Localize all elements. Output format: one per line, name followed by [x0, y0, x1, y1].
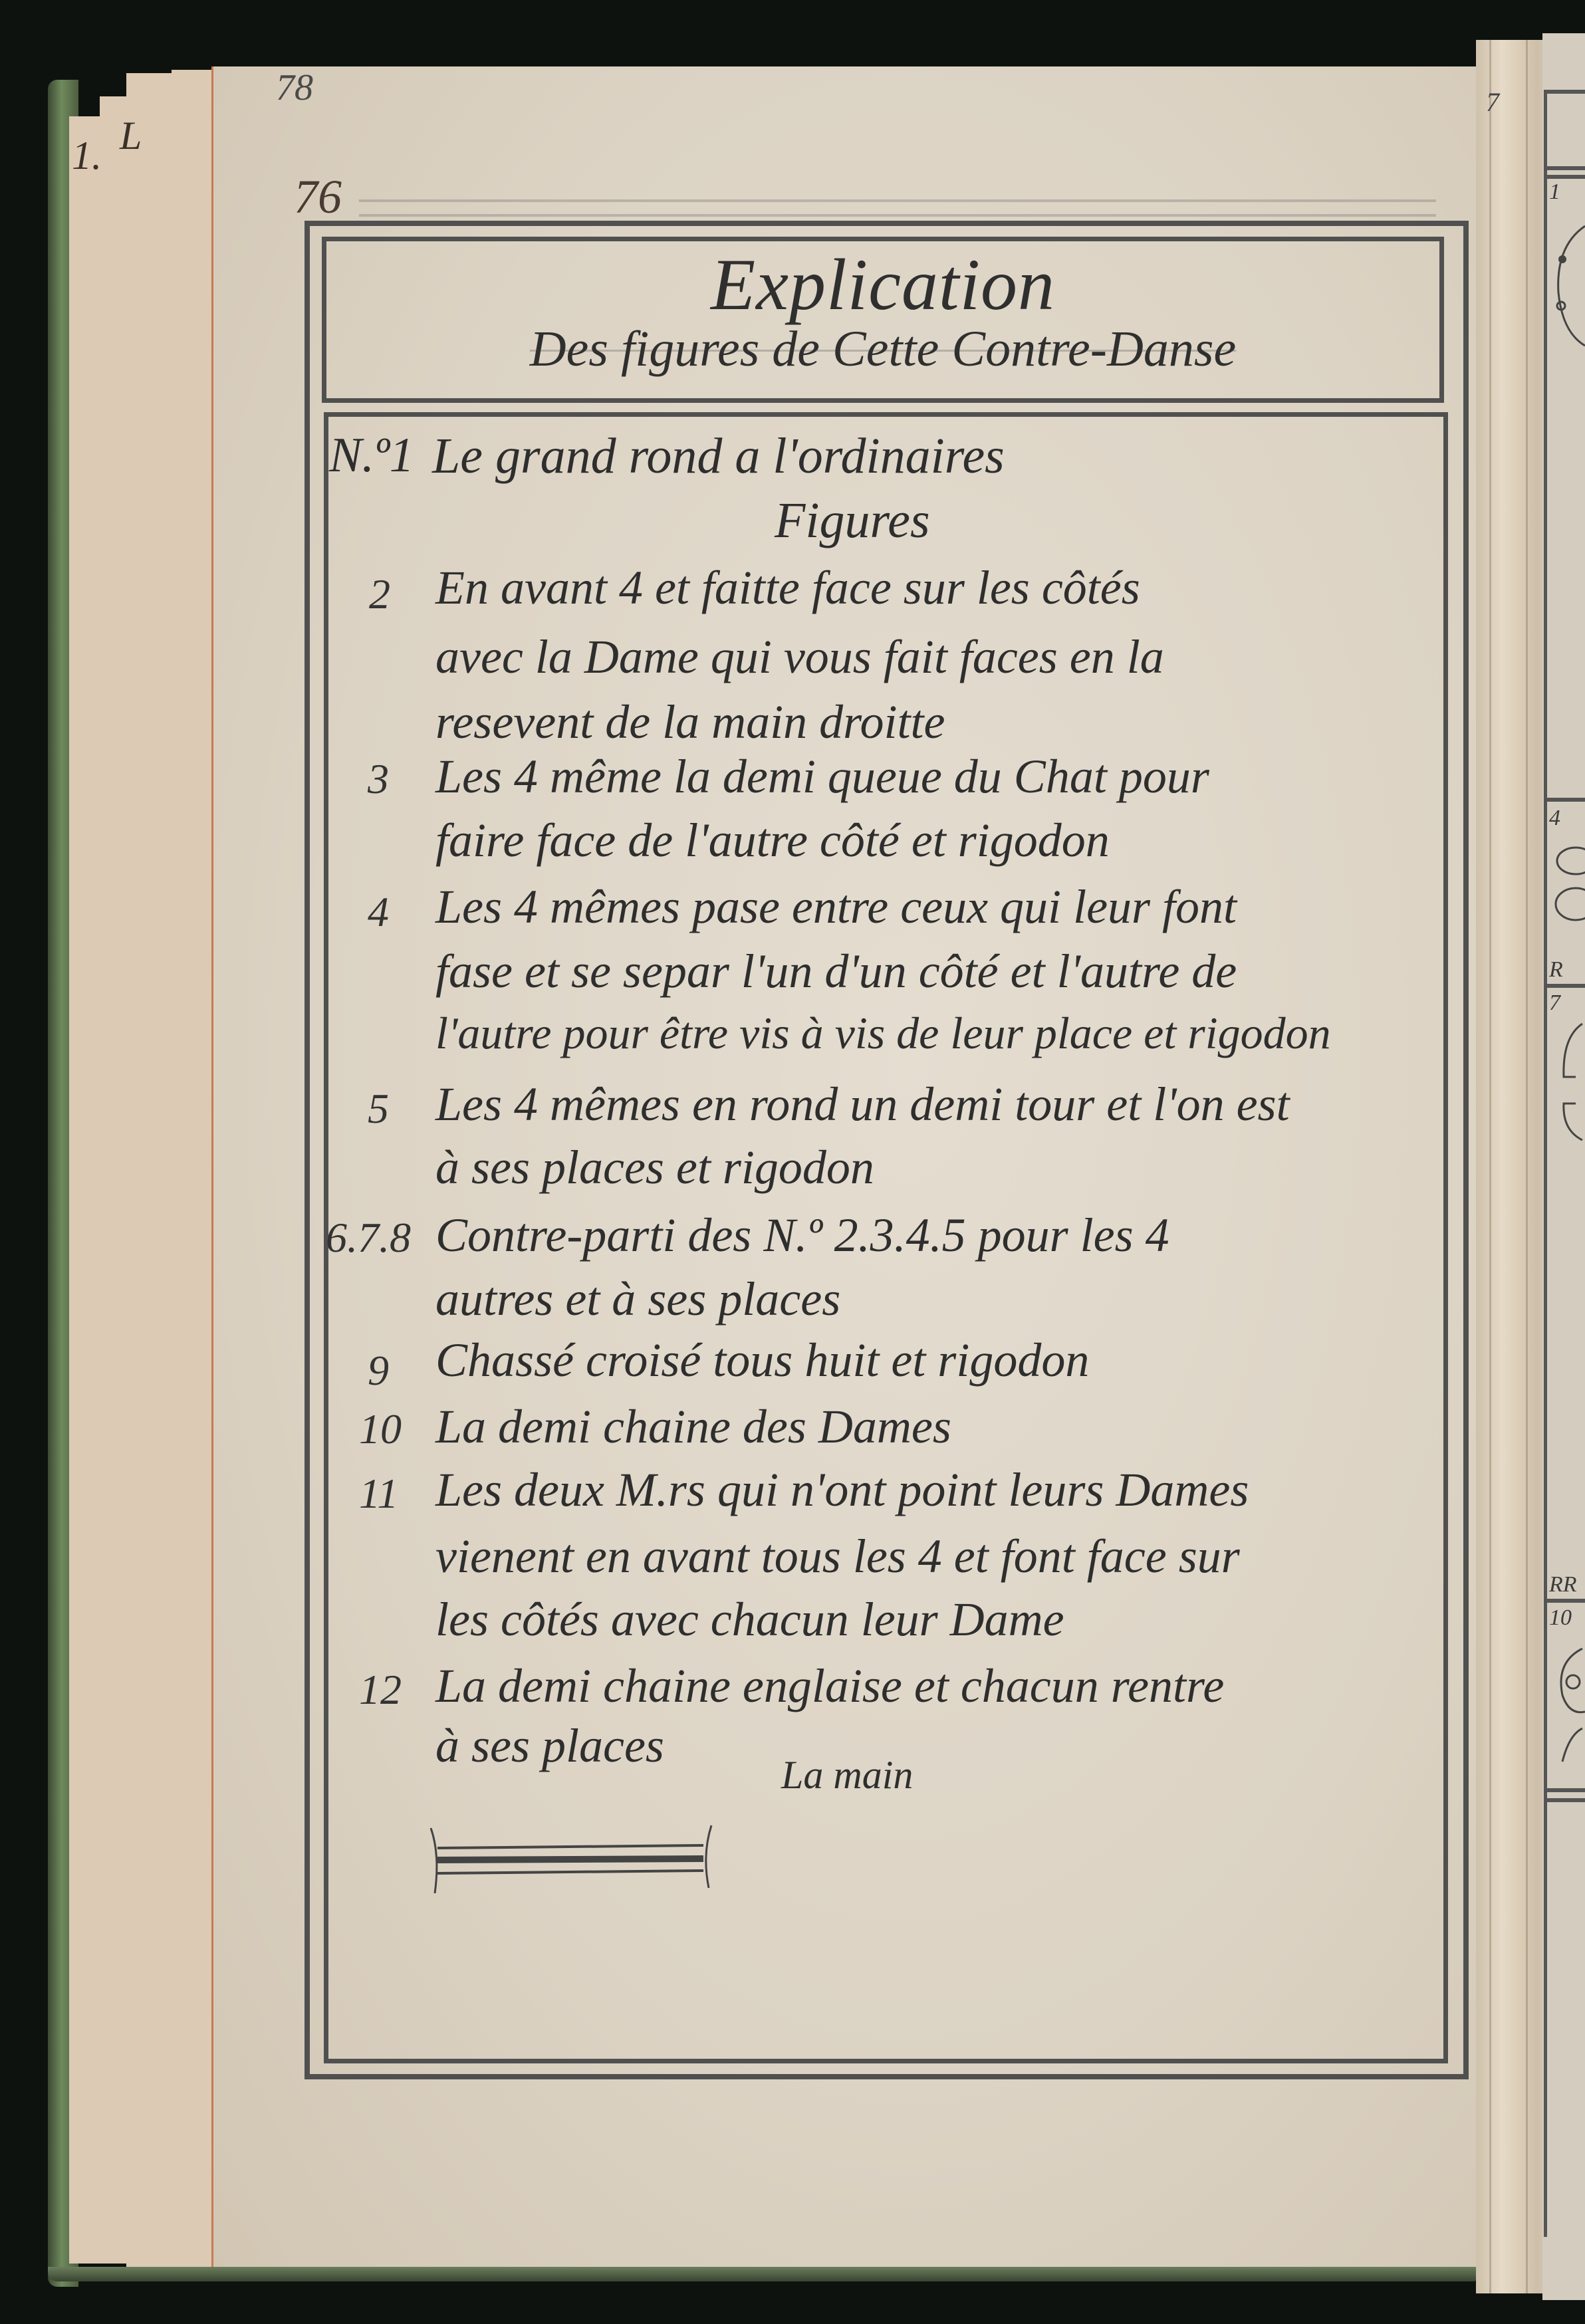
entry-line: Le grand rond a l'ordinaires — [432, 431, 1005, 481]
facing-figure-label: R — [1549, 957, 1563, 983]
entry-line: En avant 4 et faitte face sur les côtés — [435, 564, 1140, 612]
section-heading: Figures — [775, 495, 930, 546]
entry-number: 11 — [359, 1472, 398, 1515]
entry-line: Les 4 mêmes en rond un demi tour et l'on… — [435, 1080, 1290, 1128]
entry-line: Les deux M.rs qui n'ont point leurs Dame… — [435, 1466, 1249, 1514]
facing-page-frame — [1544, 1788, 1585, 1792]
stack-label: L — [120, 113, 142, 159]
entry-line: Chassé croisé tous huit et rigodon — [435, 1336, 1089, 1384]
entry-line: l'autre pour être vis à vis de leur plac… — [435, 1010, 1331, 1056]
entry-number: 2 — [369, 573, 390, 616]
entry-line: faire face de l'autre côté et rigodon — [435, 816, 1110, 864]
show-through-line — [359, 214, 1436, 217]
entry-line: resevent de la main droitte — [435, 698, 945, 746]
facing-page-frame — [1544, 1599, 1585, 1603]
entry-line: vienent en avant tous les 4 et font face… — [435, 1532, 1240, 1580]
dance-figure-icon — [1549, 219, 1585, 352]
facing-page-frame — [1544, 175, 1585, 179]
facing-page-frame — [1544, 90, 1547, 2237]
dance-figure-icon — [1549, 844, 1585, 937]
facing-page-frame — [1544, 798, 1585, 802]
entry-line: Contre-parti des N.º 2.3.4.5 pour les 4 — [435, 1211, 1169, 1259]
entry-number: N.º1 — [329, 431, 414, 480]
entry-line: les côtés avec chacun leur Dame — [435, 1595, 1064, 1643]
entry-number: 3 — [368, 758, 389, 800]
entry-number: 10 — [359, 1408, 402, 1451]
book-binding-bottom — [48, 2267, 1477, 2281]
entry-number: 6.7.8 — [326, 1217, 411, 1259]
facing-figure-label: RR — [1549, 1572, 1577, 1597]
page-title: Explication — [322, 243, 1444, 327]
dance-figure-icon — [1549, 1010, 1585, 1143]
facing-page-frame — [1544, 1798, 1585, 1802]
entry-number: 12 — [359, 1669, 402, 1711]
scan-background — [0, 0, 1585, 40]
facing-page-frame — [1544, 90, 1585, 94]
entry-line: fase et se separ l'un d'un côté et l'aut… — [435, 947, 1237, 995]
gutter-mark: 7 — [1486, 86, 1499, 118]
dance-figure-icon — [1549, 1629, 1585, 1788]
entry-line: autres et à ses places — [435, 1275, 840, 1323]
entry-line: à ses places — [435, 1722, 664, 1770]
page-number: 76 — [294, 170, 342, 225]
facing-figure-label: 1 — [1549, 179, 1560, 205]
entry-line: Les 4 mêmes pase entre ceux qui leur fon… — [435, 883, 1237, 931]
entry-number: 5 — [368, 1088, 389, 1130]
facing-page-frame — [1544, 166, 1585, 170]
gutter-fold — [1489, 40, 1491, 2293]
facing-figure-label: 4 — [1549, 806, 1560, 831]
facing-page — [1542, 33, 1585, 2300]
entry-line: à ses places et rigodon — [435, 1143, 874, 1191]
entry-line: La demi chaine englaise et chacun rentre — [435, 1662, 1224, 1710]
stack-label: 1. — [72, 133, 102, 179]
entry-number: 4 — [368, 891, 389, 933]
page-top-note: 78 — [276, 66, 313, 109]
closing-label: La main — [781, 1755, 913, 1795]
show-through-line — [359, 199, 1436, 202]
facing-page-frame — [1544, 984, 1585, 988]
hand-figure-icon — [419, 1821, 738, 1915]
facing-figure-label: 10 — [1549, 1605, 1572, 1631]
entry-line: La demi chaine des Dames — [435, 1403, 951, 1451]
entry-line: avec la Dame qui vous fait faces en la — [435, 633, 1164, 681]
entry-number: 9 — [368, 1349, 389, 1392]
page-edge — [172, 70, 213, 2267]
entry-line: Les 4 même la demi queue du Chat pour — [435, 753, 1209, 800]
gutter-fold — [1526, 40, 1528, 2293]
page-subtitle: Des figures de Cette Contre-Danse — [322, 320, 1444, 378]
